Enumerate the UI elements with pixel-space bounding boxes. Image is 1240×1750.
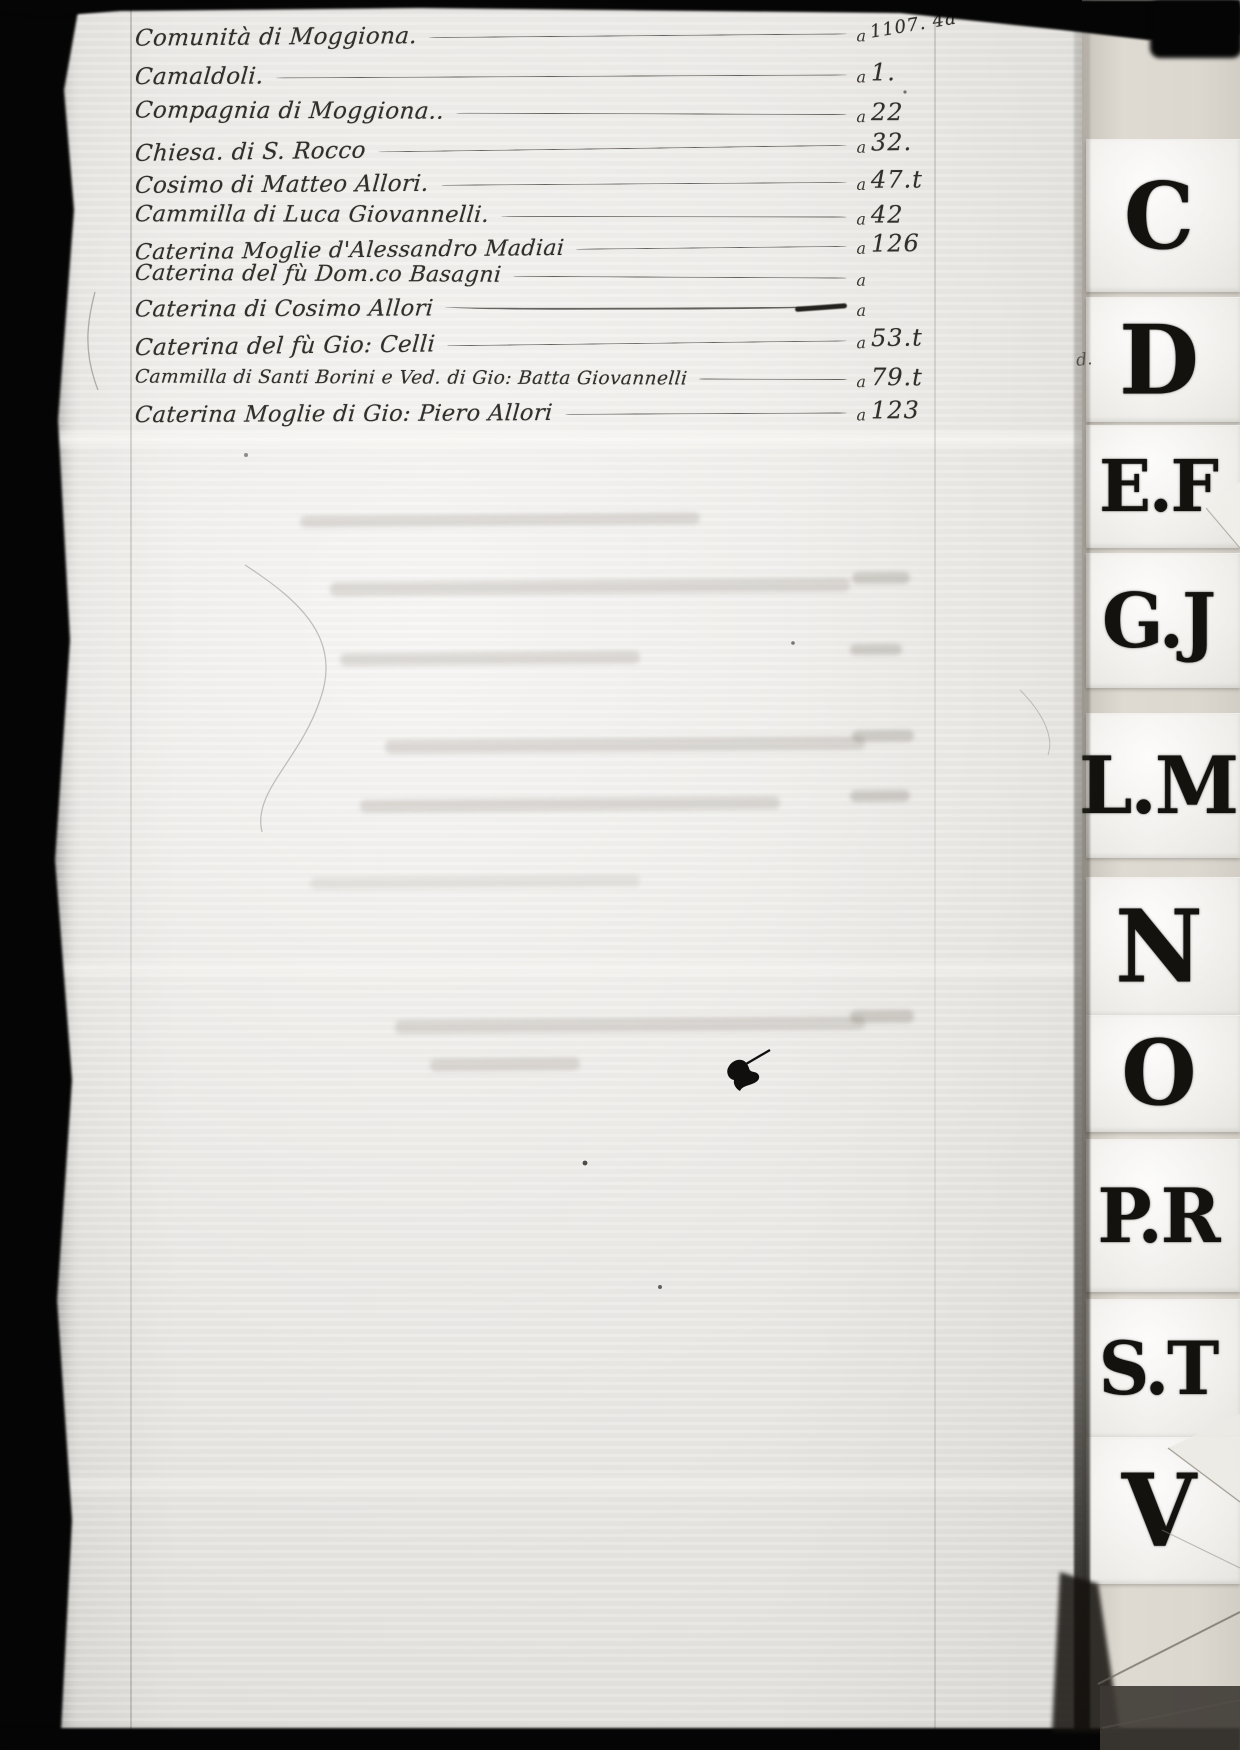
bleedthrough-ghost-line xyxy=(430,1057,580,1071)
entry-page-number: 79.t xyxy=(871,363,967,391)
leader-line xyxy=(429,33,847,38)
entry-page-number: 53.t xyxy=(871,323,967,352)
leader-line xyxy=(513,276,847,279)
leader-line xyxy=(565,412,848,414)
alphabet-tab-pr: P.R xyxy=(1086,1140,1240,1292)
entry-name: Caterina di Cosimo Allori xyxy=(134,295,435,322)
entry-name: Cammilla di Santi Borini e Ved. di Gio: … xyxy=(134,367,688,390)
tab-letter: D xyxy=(1119,312,1207,408)
tab-letter: C xyxy=(1124,170,1202,262)
alphabet-tab-c: C xyxy=(1086,140,1240,292)
entry-name: Camaldoli. xyxy=(134,63,265,90)
index-entry-row: Compagnia di Moggiona.. a 22 xyxy=(135,96,967,127)
entry-page-number: 22 xyxy=(871,98,967,126)
alphabet-tab-gj: G.J xyxy=(1086,554,1240,688)
paper-light-band xyxy=(52,962,1082,976)
paper-light-band xyxy=(52,1478,1082,1492)
entry-name: Chiesa. di S. Rocco xyxy=(134,138,367,167)
tab-letter: N xyxy=(1115,897,1211,997)
margin-annotation: d. xyxy=(1075,349,1093,371)
bleedthrough-ghost-number xyxy=(852,572,910,585)
entry-name: Cammilla di Luca Giovannelli. xyxy=(134,201,491,228)
leader-mark: a xyxy=(856,372,866,391)
index-entry-row: Caterina del fù Dom.co Basagni a xyxy=(135,261,967,290)
entry-name: Comunità di Moggiona. xyxy=(134,23,418,51)
tab-letter: E.F xyxy=(1099,452,1227,523)
index-entry-row: Caterina di Cosimo Allori a xyxy=(135,294,967,323)
leader-line xyxy=(276,74,848,78)
entry-page-number: 1. xyxy=(871,58,967,87)
index-entry-row: Cosimo di Matteo Allori. a 47.t xyxy=(135,165,967,199)
leader-mark: a xyxy=(856,26,866,45)
index-entry-row: Cammilla di Luca Giovannelli. a 42 xyxy=(135,199,967,228)
alphabet-tab-v: V xyxy=(1086,1438,1240,1584)
leader-mark: a xyxy=(856,175,866,194)
leader-line xyxy=(378,145,848,153)
leader-line xyxy=(441,182,848,186)
entry-page-number: 123 xyxy=(871,396,967,425)
index-entry-row: Caterina del fù Gio: Celli a 53.t xyxy=(135,323,967,361)
entry-page-number: 126 xyxy=(871,229,967,258)
alphabet-tab-o: O xyxy=(1086,1016,1240,1132)
alphabet-tab-strip: C D E.F G.J L.M N O P.R S.T V xyxy=(1082,0,1240,1750)
leader-mark: a xyxy=(856,405,866,424)
index-entries: Comunità di Moggiona. a 1107. 4a Camaldo… xyxy=(135,0,967,470)
leader-mark: a xyxy=(856,210,866,229)
index-entry-row: Cammilla di Santi Borini e Ved. di Gio: … xyxy=(135,361,967,392)
leader-line xyxy=(456,113,847,115)
entry-name: Caterina del fù Dom.co Basagni xyxy=(134,261,503,288)
leader-mark: a xyxy=(856,107,866,126)
entry-page-number: 42 xyxy=(871,201,967,229)
tab-letter: O xyxy=(1122,1029,1205,1118)
entry-page-number: 1107. 4a xyxy=(868,6,966,43)
entry-page-number: 47.t xyxy=(871,165,967,194)
bleedthrough-ghost-number xyxy=(850,790,910,803)
leader-line xyxy=(447,340,847,346)
alphabet-tab-d: D xyxy=(1086,298,1240,422)
entry-page-number xyxy=(871,284,967,285)
entry-name: Caterina Moglie di Gio: Piero Allori xyxy=(134,400,554,428)
index-entry-row: Chiesa. di S. Rocco a 32. xyxy=(135,127,967,167)
leader-mark: a xyxy=(856,271,866,290)
leader-line xyxy=(445,302,847,310)
tab-letter: L.M xyxy=(1079,746,1240,825)
bleedthrough-ghost-number xyxy=(852,730,914,743)
leader-mark: a xyxy=(856,301,866,320)
index-entry-row: Caterina Moglie di Gio: Piero Allori a 1… xyxy=(135,396,967,428)
tab-letter: S.T xyxy=(1099,1333,1228,1406)
index-entry-row: Caterina Moglie d'Alessandro Madiai a 12… xyxy=(135,229,967,266)
leader-line xyxy=(501,216,847,218)
bleedthrough-ghost-number xyxy=(850,1010,914,1024)
bleedthrough-ghost-line xyxy=(340,651,640,667)
alphabet-tab-lm: L.M xyxy=(1086,714,1240,858)
alphabet-tab-ef: E.F xyxy=(1086,426,1240,548)
leader-mark: a xyxy=(856,67,866,86)
leader-mark: a xyxy=(856,333,866,352)
leader-line xyxy=(576,246,847,250)
alphabet-tab-st: S.T xyxy=(1086,1300,1240,1438)
index-entry-row: Camaldoli. a 1. xyxy=(135,58,967,90)
entry-name: Compagnia di Moggiona.. xyxy=(134,98,446,125)
left-fold-crease xyxy=(130,8,132,1732)
tab-letter: V xyxy=(1122,1461,1204,1561)
binding-gutter-shadow xyxy=(1074,0,1090,1750)
entry-page-number: 32. xyxy=(871,127,967,156)
tab-letter: P.R xyxy=(1097,1179,1228,1254)
leader-mark: a xyxy=(856,239,866,258)
tab-letter: G.J xyxy=(1102,584,1224,659)
scanned-document: Comunità di Moggiona. a 1107. 4a Camaldo… xyxy=(0,0,1240,1750)
leader-line xyxy=(699,379,847,381)
bleedthrough-ghost-number xyxy=(850,644,902,655)
entry-name: Cosimo di Matteo Allori. xyxy=(134,171,430,199)
entry-name: Caterina del fù Gio: Celli xyxy=(134,331,436,361)
leader-mark: a xyxy=(856,138,866,157)
alphabet-tab-n: N xyxy=(1086,878,1240,1016)
index-entry-row: Comunità di Moggiona. a 1107. 4a xyxy=(135,18,967,51)
